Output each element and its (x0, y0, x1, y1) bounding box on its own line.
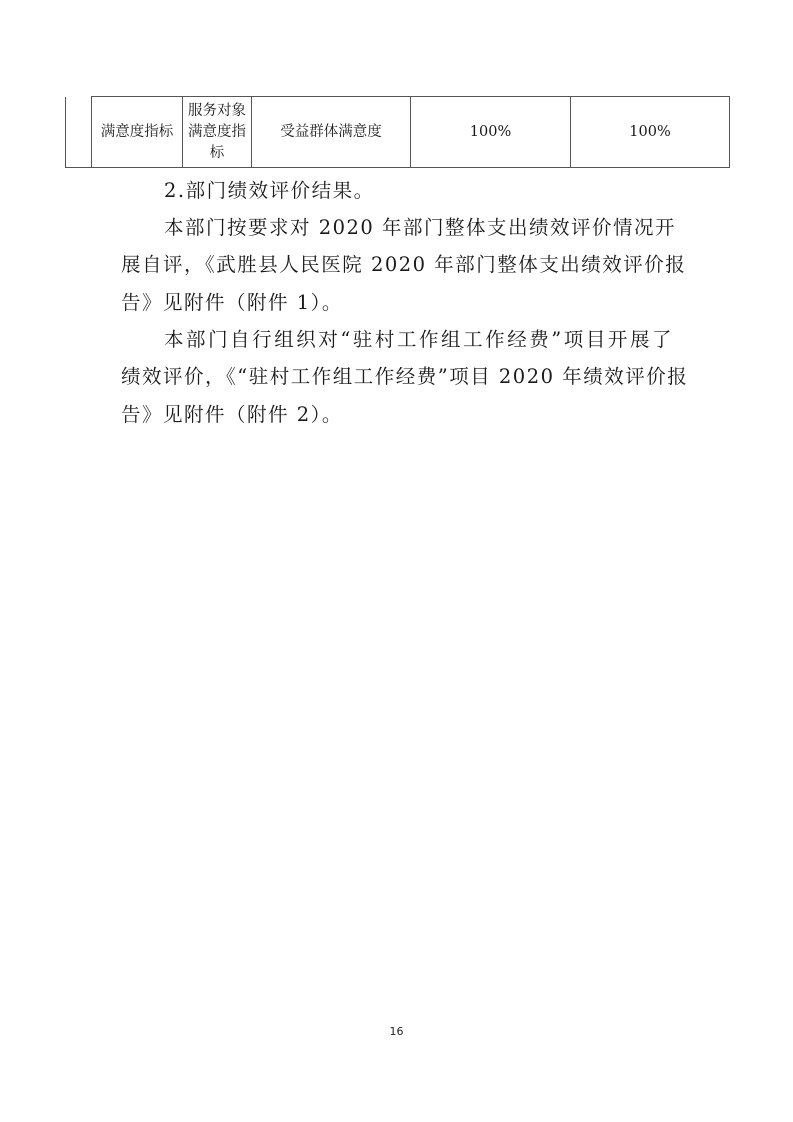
paragraph-line: 告》见附件（附件 2）。 (121, 396, 673, 433)
section-heading: 2.部门绩效评价结果。 (121, 172, 673, 209)
paragraph-line: 展自评，《武胜县人民医院 2020 年部门整体支出绩效评价报 (121, 246, 673, 283)
table-cell-target-value: 100% (411, 97, 571, 168)
table-cell-indicator: 受益群体满意度 (252, 97, 411, 168)
paragraph-line: 绩效评价，《“驻村工作组工作经费”项目 2020 年绩效评价报 (121, 358, 673, 395)
heading-text: 2.部门绩效评价结果。 (121, 172, 673, 209)
table-cell-level1 (66, 97, 92, 168)
paragraph-line: 本部门按要求对 2020 年部门整体支出绩效评价情况开 (121, 209, 673, 246)
paragraph-line: 告》见附件（附件 1）。 (121, 284, 673, 321)
table-cell-subcategory: 服务对象满意度指标 (183, 97, 252, 168)
page-number: 16 (0, 1025, 793, 1038)
paragraph-line: 本部门自行组织对“驻村工作组工作经费”项目开展了 (121, 321, 673, 358)
table-row: 满意度指标 服务对象满意度指标 受益群体满意度 100% 100% (66, 97, 730, 168)
paragraph-project-evaluation: 本部门自行组织对“驻村工作组工作经费”项目开展了 绩效评价，《“驻村工作组工作经… (121, 321, 673, 433)
paragraph-self-evaluation: 本部门按要求对 2020 年部门整体支出绩效评价情况开 展自评，《武胜县人民医院… (121, 209, 673, 321)
table-cell-category: 满意度指标 (92, 97, 183, 168)
performance-table: 满意度指标 服务对象满意度指标 受益群体满意度 100% 100% (65, 96, 730, 168)
table-cell-actual-value: 100% (571, 97, 730, 168)
